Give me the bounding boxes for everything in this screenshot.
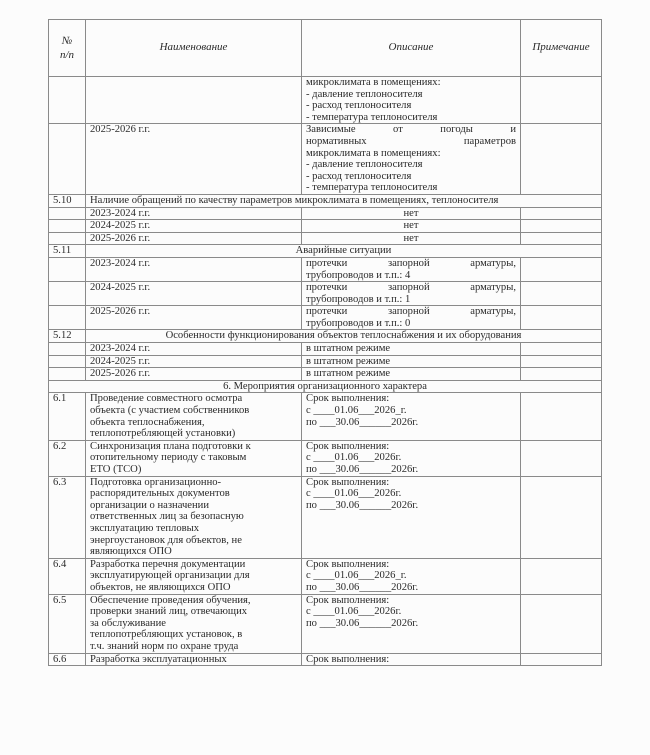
cell-remark [521, 594, 602, 653]
name-line: Подготовка организационно- [90, 477, 297, 489]
name-line: энергоустановок для объектов, не [90, 535, 297, 547]
desc-line: - температура теплоносителя [306, 182, 516, 194]
cell-term: Срок выполнения:с ____01.06___2026г.по _… [302, 594, 521, 653]
table-row: 2023-2024 г.г. протечки запорной арматур… [49, 257, 602, 281]
cell-name: Разработка эксплуатационных [86, 653, 302, 666]
desc-line: протечки запорной арматуры, [306, 306, 516, 318]
cell-description: в штатном режиме [302, 343, 521, 356]
measure-row: 6.2 Синхронизация плана подготовки котоп… [49, 440, 602, 476]
cell-term: Срок выполнения:с ____01.06___2026_г.по … [302, 393, 521, 440]
term-from: с ____01.06___2026г. [306, 452, 516, 464]
measure-row: 6.5 Обеспечение проведения обучения,пров… [49, 594, 602, 653]
cell-description: микроклимата в помещениях: - давление те… [302, 77, 521, 124]
cell-num [49, 355, 86, 368]
term-from: с ____01.06___2026_г. [306, 405, 516, 417]
cell-remark [521, 220, 602, 233]
table-row: 2025-2026 г.г. Зависимые от погоды и нор… [49, 124, 602, 195]
cell-num: 5.11 [49, 245, 86, 258]
term-from: с ____01.06___2026г. [306, 606, 516, 618]
term-label: Срок выполнения: [306, 477, 516, 489]
term-label: Срок выполнения: [306, 595, 516, 607]
term-to: по ___30.06______2026г. [306, 618, 516, 630]
cell-description: Зависимые от погоды и нормативных параме… [302, 124, 521, 195]
name-line: являющихся ОПО [90, 546, 297, 558]
cell-num [49, 343, 86, 356]
cell-name: 2025-2026 г.г. [86, 306, 302, 330]
cell-num [49, 282, 86, 306]
cell-remark [521, 368, 602, 381]
term-to: по ___30.06______2026г. [306, 500, 516, 512]
term-to: по ___30.06______2026г. [306, 464, 516, 476]
table-row: 2024-2025 г.г. нет [49, 220, 602, 233]
name-line: за обслуживание [90, 618, 297, 630]
term-label: Срок выполнения: [306, 559, 516, 571]
desc-line: - температура теплоносителя [306, 112, 516, 124]
term-from: с ____01.06___2026_г. [306, 570, 516, 582]
cell-remark [521, 207, 602, 220]
desc-line: - давление теплоносителя [306, 89, 516, 101]
cell-remark [521, 558, 602, 594]
cell-num [49, 232, 86, 245]
name-line: распорядительных документов [90, 488, 297, 500]
cell-description: нет [302, 232, 521, 245]
cell-remark [521, 257, 602, 281]
desc-line: микроклимата в помещениях: [306, 148, 516, 160]
term-label: Срок выполнения: [306, 654, 516, 666]
section-6-body: 6.1 Проведение совместного осмотраобъект… [49, 393, 602, 666]
cell-num: 6.2 [49, 440, 86, 476]
section-6-heading-row: 6. Мероприятия организационного характер… [49, 380, 602, 393]
cell-description: протечки запорной арматуры, трубопроводо… [302, 306, 521, 330]
cell-remark [521, 232, 602, 245]
measure-row: 6.6 Разработка эксплуатационных Срок вып… [49, 653, 602, 666]
cell-term: Срок выполнения: [302, 653, 521, 666]
table-row: 2024-2025 г.г. протечки запорной арматур… [49, 282, 602, 306]
cell-name: Обеспечение проведения обучения,проверки… [86, 594, 302, 653]
cell-name: Синхронизация плана подготовки котопител… [86, 440, 302, 476]
table-row: 2023-2024 г.г. в штатном режиме [49, 343, 602, 356]
name-line: объектов, не являющихся ОПО [90, 582, 297, 594]
cell-name: 2023-2024 г.г. [86, 207, 302, 220]
cell-num [49, 368, 86, 381]
document-table: № п/п Наименование Описание Примечание м… [48, 19, 602, 666]
cell-num [49, 220, 86, 233]
cell-description: нет [302, 207, 521, 220]
name-line: отопительному периоду с таковым [90, 452, 297, 464]
cell-name: Подготовка организационно-распорядительн… [86, 476, 302, 558]
name-line: эксплуатацию тепловых [90, 523, 297, 535]
name-line: Проведение совместного осмотра [90, 393, 297, 405]
table-row: 2025-2026 г.г. протечки запорной арматур… [49, 306, 602, 330]
desc-line: трубопроводов и т.п.: 4 [306, 270, 516, 282]
table-row: 2025-2026 г.г. в штатном режиме [49, 368, 602, 381]
measure-row: 6.1 Проведение совместного осмотраобъект… [49, 393, 602, 440]
cell-name: 2024-2025 г.г. [86, 220, 302, 233]
header-description: Описание [302, 20, 521, 77]
cell-name: 2025-2026 г.г. [86, 368, 302, 381]
cell-num: 6.6 [49, 653, 86, 666]
cell-name: Разработка перечня документацииэксплуати… [86, 558, 302, 594]
term-to: по ___30.06______2026г. [306, 417, 516, 429]
cell-name: 2024-2025 г.г. [86, 355, 302, 368]
desc-line: микроклимата в помещениях: [306, 77, 516, 89]
cell-remark [521, 306, 602, 330]
section-title: Аварийные ситуации [86, 245, 602, 258]
section-title: Наличие обращений по качеству параметров… [86, 194, 602, 207]
desc-line: нормативных параметров [306, 136, 516, 148]
name-line: Синхронизация плана подготовки к [90, 441, 297, 453]
section-row-5-12: 5.12 Особенности функционирования объект… [49, 330, 602, 343]
cell-num [49, 257, 86, 281]
header-name: Наименование [86, 20, 302, 77]
header-num-line2: п/п [53, 48, 81, 62]
name-line: Обеспечение проведения обучения, [90, 595, 297, 607]
cell-description: в штатном режиме [302, 355, 521, 368]
cell-description: в штатном режиме [302, 368, 521, 381]
name-line: эксплуатирующей организации для [90, 570, 297, 582]
term-label: Срок выполнения: [306, 441, 516, 453]
desc-line: протечки запорной арматуры, [306, 258, 516, 270]
desc-line: - расход теплоносителя [306, 100, 516, 112]
table-row: 2024-2025 г.г. в штатном режиме [49, 355, 602, 368]
cell-remark [521, 124, 602, 195]
cell-name [86, 77, 302, 124]
cell-num: 5.10 [49, 194, 86, 207]
term-to: по ___30.06______2026г. [306, 582, 516, 594]
section-row-5-11: 5.11 Аварийные ситуации [49, 245, 602, 258]
name-line: теплопотребляющей установки) [90, 428, 297, 440]
name-line: проверки знаний лиц, отвечающих [90, 606, 297, 618]
cell-num: 6.3 [49, 476, 86, 558]
section-row-5-10: 5.10 Наличие обращений по качеству парам… [49, 194, 602, 207]
table-row: 2023-2024 г.г. нет [49, 207, 602, 220]
table-row: микроклимата в помещениях: - давление те… [49, 77, 602, 124]
header-remark: Примечание [521, 20, 602, 77]
cell-num: 6.4 [49, 558, 86, 594]
cell-name: 2025-2026 г.г. [86, 232, 302, 245]
cell-num [49, 207, 86, 220]
cell-description: протечки запорной арматуры, трубопроводо… [302, 282, 521, 306]
name-line: объекта (с участием собственников [90, 405, 297, 417]
cell-description: протечки запорной арматуры, трубопроводо… [302, 257, 521, 281]
measure-row: 6.4 Разработка перечня документацииэкспл… [49, 558, 602, 594]
cell-remark [521, 282, 602, 306]
name-line: ЕТО (ТСО) [90, 464, 297, 476]
section-title: Особенности функционирования объектов те… [86, 330, 602, 343]
cell-num: 6.1 [49, 393, 86, 440]
name-line: теплопотребляющих установок, в [90, 629, 297, 641]
cell-term: Срок выполнения:с ____01.06___2026г.по _… [302, 476, 521, 558]
term-label: Срок выполнения: [306, 393, 516, 405]
name-line: Разработка эксплуатационных [90, 654, 297, 666]
cell-num [49, 124, 86, 195]
cell-name: 2023-2024 г.г. [86, 257, 302, 281]
cell-num: 5.12 [49, 330, 86, 343]
cell-name: 2023-2024 г.г. [86, 343, 302, 356]
cell-term: Срок выполнения:с ____01.06___2026_г.по … [302, 558, 521, 594]
desc-line: трубопроводов и т.п.: 0 [306, 318, 516, 330]
cell-term: Срок выполнения:с ____01.06___2026г.по _… [302, 440, 521, 476]
section-6-title: 6. Мероприятия организационного характер… [49, 380, 602, 393]
cell-remark [521, 653, 602, 666]
cell-remark [521, 476, 602, 558]
cell-num: 6.5 [49, 594, 86, 653]
desc-line: - давление теплоносителя [306, 159, 516, 171]
desc-line: Зависимые от погоды и [306, 124, 516, 136]
cell-name: 2024-2025 г.г. [86, 282, 302, 306]
name-line: ответственных лиц за безопасную [90, 511, 297, 523]
cell-remark [521, 393, 602, 440]
desc-line: протечки запорной арматуры, [306, 282, 516, 294]
term-from: с ____01.06___2026г. [306, 488, 516, 500]
cell-description: нет [302, 220, 521, 233]
name-line: объекта теплоснабжения, [90, 417, 297, 429]
cell-remark [521, 77, 602, 124]
table-row: 2025-2026 г.г. нет [49, 232, 602, 245]
name-line: Разработка перечня документации [90, 559, 297, 571]
cell-remark [521, 355, 602, 368]
name-line: т.ч. знаний норм по охране труда [90, 641, 297, 653]
measure-row: 6.3 Подготовка организационно-распорядит… [49, 476, 602, 558]
cell-name: 2025-2026 г.г. [86, 124, 302, 195]
header-num: № п/п [49, 20, 86, 77]
cell-remark [521, 343, 602, 356]
table-header-row: № п/п Наименование Описание Примечание [49, 20, 602, 77]
cell-remark [521, 440, 602, 476]
header-num-line1: № [53, 34, 81, 48]
name-line: организации о назначении [90, 500, 297, 512]
cell-name: Проведение совместного осмотраобъекта (с… [86, 393, 302, 440]
cell-num [49, 77, 86, 124]
desc-line: трубопроводов и т.п.: 1 [306, 294, 516, 306]
cell-num [49, 306, 86, 330]
desc-line: - расход теплоносителя [306, 171, 516, 183]
